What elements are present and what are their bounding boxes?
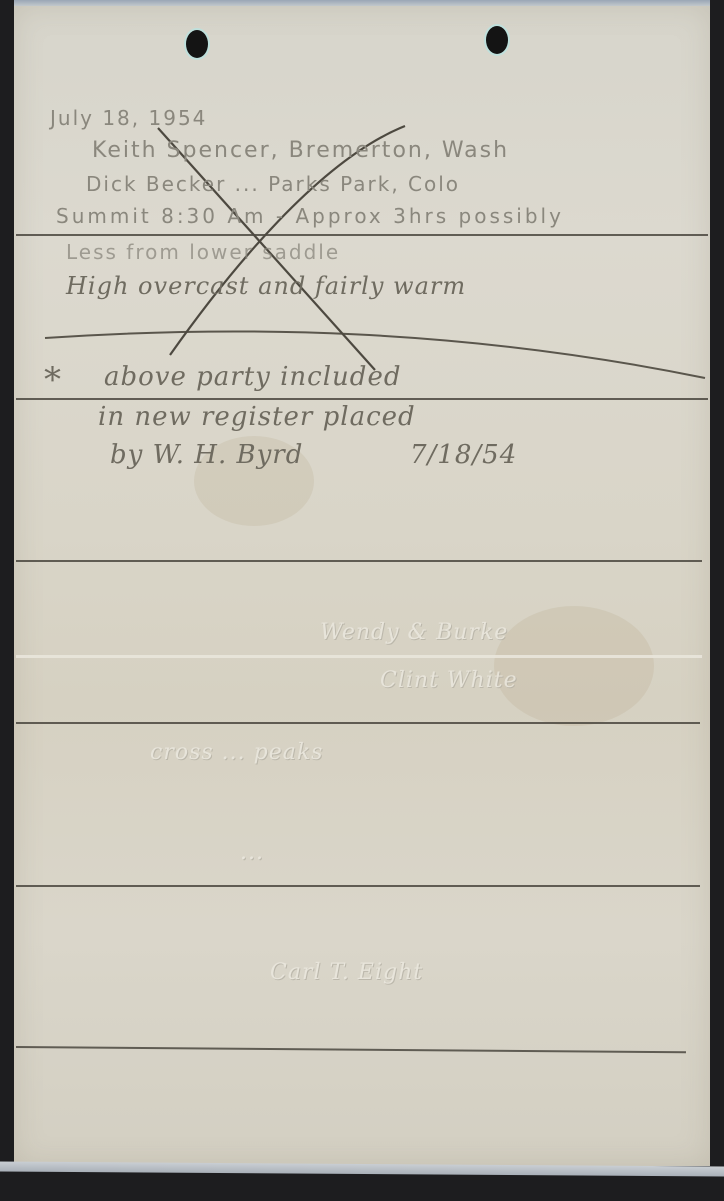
ruled-line [16,722,700,724]
impression-line-3: cross ... peaks [150,740,323,765]
impression-line-1: Wendy & Burke [320,620,508,645]
binder-hole-left [186,30,208,58]
note-line-1: above party included [104,362,401,392]
ruled-line [16,398,708,400]
ruled-line [16,655,702,658]
entry-date: July 18, 1954 [50,106,207,130]
binder-hole-right [486,26,508,54]
paper-stain [494,606,654,726]
impression-line-4: ... [240,840,264,865]
entry-line-3: Summit 8:30 Am - Approx 3hrs possibly [56,204,564,228]
entry-line-4: Less from lower saddle [66,240,340,264]
note-line-3: by W. H. Byrd [110,440,303,470]
note-line-2: in new register placed [98,402,416,432]
entry-line-1: Keith Spencer, Bremerton, Wash [92,138,509,163]
entry-line-5: High overcast and fairly warm [66,272,466,300]
ruled-line [16,560,702,562]
impression-line-5: Carl T. Eight [270,960,423,985]
entry-line-2: Dick Becker ... Parks Park, Colo [86,172,460,196]
asterisk-marker: * [44,360,62,400]
impression-line-2: Clint White [380,668,518,693]
note-date: 7/18/54 [410,440,517,470]
ruled-line [16,885,700,887]
